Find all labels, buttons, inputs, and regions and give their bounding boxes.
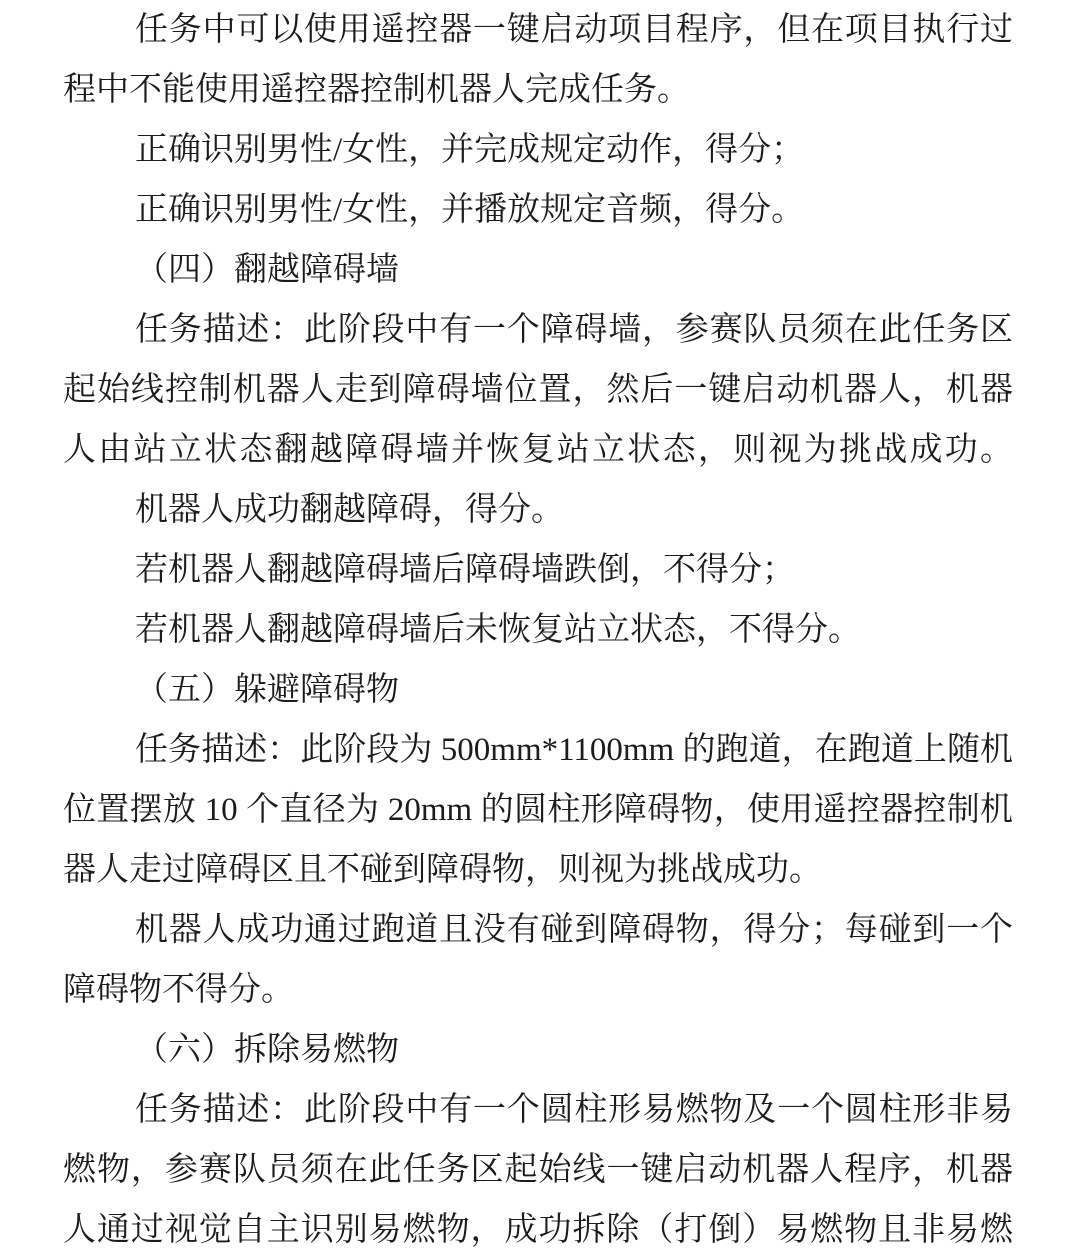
paragraph-line: 任务描述：此阶段中有一个障碍墙，参赛队员须在此任务区: [63, 300, 1013, 360]
paragraph-line: 器人走过障碍区且不碰到障碍物，则视为挑战成功。: [63, 840, 1013, 900]
paragraph-line: 燃物，参赛队员须在此任务区起始线一键启动机器人程序，机器: [63, 1140, 1013, 1200]
paragraph-line: 机器人成功翻越障碍，得分。: [63, 480, 1013, 540]
paragraph-line: 人由站立状态翻越障碍墙并恢复站立状态，则视为挑战成功。: [63, 420, 1013, 480]
paragraph-line: 正确识别男性/女性，并完成规定动作，得分；: [63, 120, 1013, 180]
paragraph-line: 正确识别男性/女性，并播放规定音频，得分。: [63, 180, 1013, 240]
paragraph-line: 若机器人翻越障碍墙后未恢复站立状态，不得分。: [63, 600, 1013, 660]
section-heading: （五）躲避障碍物: [63, 660, 1013, 720]
paragraph-line: 程中不能使用遥控器控制机器人完成任务。: [63, 60, 1013, 120]
paragraph-line: 位置摆放 10 个直径为 20mm 的圆柱形障碍物，使用遥控器控制机: [63, 780, 1013, 840]
paragraph-line: 任务中可以使用遥控器一键启动项目程序，但在项目执行过: [63, 0, 1013, 60]
document-page: 任务中可以使用遥控器一键启动项目程序，但在项目执行过 程中不能使用遥控器控制机器…: [0, 0, 1067, 1260]
section-heading: （四）翻越障碍墙: [63, 240, 1013, 300]
document-text-block: 任务中可以使用遥控器一键启动项目程序，但在项目执行过 程中不能使用遥控器控制机器…: [63, 0, 1013, 1260]
paragraph-line: 任务描述：此阶段中有一个圆柱形易燃物及一个圆柱形非易: [63, 1080, 1013, 1140]
paragraph-line: 机器人成功通过跑道且没有碰到障碍物，得分；每碰到一个: [63, 900, 1013, 960]
paragraph-line: 任务描述：此阶段为 500mm*1100mm 的跑道，在跑道上随机: [63, 720, 1013, 780]
paragraph-line: 人通过视觉自主识别易燃物，成功拆除（打倒）易燃物且非易燃: [63, 1200, 1013, 1260]
paragraph-line: 障碍物不得分。: [63, 960, 1013, 1020]
paragraph-line: 若机器人翻越障碍墙后障碍墙跌倒，不得分；: [63, 540, 1013, 600]
paragraph-line: 起始线控制机器人走到障碍墙位置，然后一键启动机器人，机器: [63, 360, 1013, 420]
section-heading: （六）拆除易燃物: [63, 1020, 1013, 1080]
